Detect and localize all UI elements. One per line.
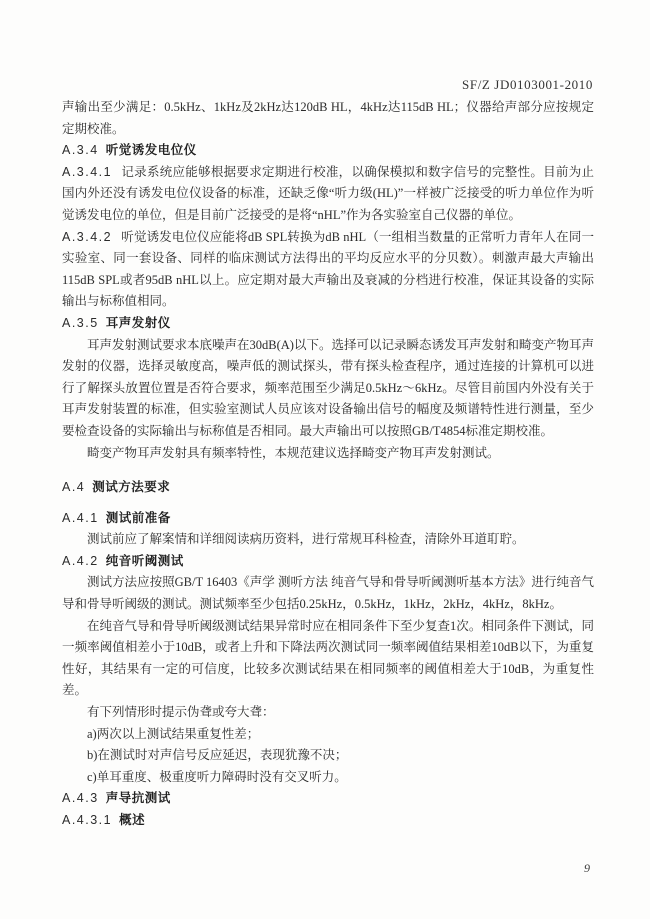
section-heading: A.3.5耳声发射仪 <box>62 313 594 335</box>
clause-number: A.4 <box>62 480 85 494</box>
list-item: a)两次以上测试结果重复性差； <box>62 724 594 746</box>
page-number: 9 <box>584 861 590 876</box>
clause-title: 测试前准备 <box>106 511 171 525</box>
clause-number: A.4.2 <box>62 554 99 568</box>
clause-paragraph: A.3.4.1记录系统应能够根据要求定期进行校准，以确保模拟和数字信号的完整性。… <box>62 162 594 227</box>
paragraph: 畸变产物耳声发射具有频率特性，本规范建议选择畸变产物耳声发射测试。 <box>62 443 594 465</box>
list-item: c)单耳重度、极重度听力障碍时没有交叉听力。 <box>62 767 594 789</box>
clause-title: 纯音听阈测试 <box>106 554 184 568</box>
document-page: SF/Z JD0103001-2010 声输出至少满足：0.5kHz、1kHz及… <box>0 0 650 919</box>
clause-paragraph: A.3.4.2听觉诱发电位仪应能将dB SPL转换为dB nHL（一组相当数量的… <box>62 227 594 313</box>
section-heading: A.3.4听觉诱发电位仪 <box>62 140 594 162</box>
section-heading: A.4.3声导抗测试 <box>62 788 594 810</box>
clause-title: 听觉诱发电位仪 <box>106 143 197 157</box>
paragraph: 耳声发射测试要求本底噪声在30dB(A)以下。选择可以记录瞬态诱发耳声发射和畸变… <box>62 335 594 443</box>
clause-number: A.3.4.1 <box>62 165 112 179</box>
clause-number: A.4.3 <box>62 791 99 805</box>
section-heading: A.4.1测试前准备 <box>62 508 594 530</box>
section-heading: A.4.2纯音听阈测试 <box>62 551 594 573</box>
paragraph: 有下列情形时提示伪聋或夸大聋： <box>62 702 594 724</box>
paragraph: 测试前应了解案情和详细阅读病历资料，进行常规耳科检查，清除外耳道耵聍。 <box>62 529 594 551</box>
clause-text: 听觉诱发电位仪应能将dB SPL转换为dB nHL（一组相当数量的正常听力青年人… <box>62 230 594 309</box>
clause-number: A.3.4.2 <box>62 230 112 244</box>
clause-number: A.4.1 <box>62 511 99 525</box>
clause-title: 耳声发射仪 <box>106 316 171 330</box>
paragraph: 声输出至少满足：0.5kHz、1kHz及2kHz达120dB HL，4kHz达1… <box>62 97 594 140</box>
standard-number: SF/Z JD0103001-2010 <box>462 77 593 92</box>
clause-number: A.3.5 <box>62 316 99 330</box>
clause-title: 测试方法要求 <box>92 480 170 494</box>
section-heading: A.4测试方法要求 <box>62 477 594 499</box>
paragraph: 在纯音气导和骨导听阈级测试结果异常时应在相同条件下至少复查1次。相同条件下测试，… <box>62 616 594 702</box>
document-content: 声输出至少满足：0.5kHz、1kHz及2kHz达120dB HL，4kHz达1… <box>62 97 594 832</box>
list-item: b)在测试时对声信号反应延迟，表现犹豫不决； <box>62 745 594 767</box>
clause-number: A.3.4 <box>62 143 99 157</box>
paragraph: 测试方法应按照GB/T 16403《声学 测听方法 纯音气导和骨导听阈测听基本方… <box>62 572 594 615</box>
section-heading: A.4.3.1概述 <box>62 810 594 832</box>
clause-title: 声导抗测试 <box>106 791 171 805</box>
clause-number: A.4.3.1 <box>62 813 112 827</box>
clause-title: 概述 <box>119 813 145 827</box>
clause-text: 记录系统应能够根据要求定期进行校准，以确保模拟和数字信号的完整性。目前为止国内外… <box>62 165 594 222</box>
running-header: SF/Z JD0103001-2010 <box>462 77 593 93</box>
